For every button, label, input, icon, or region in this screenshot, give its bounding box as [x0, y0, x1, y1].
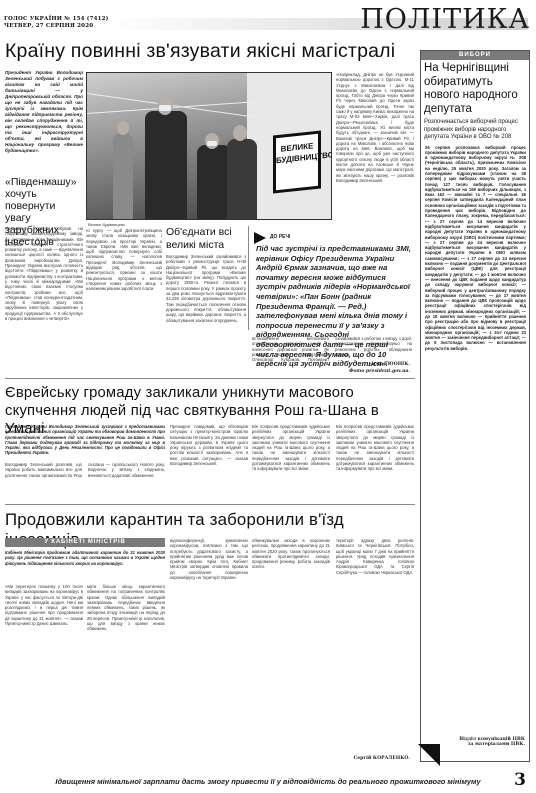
- article2-lead: Президент України Володимир Зеленський з…: [5, 424, 165, 458]
- article1-col3: Володимир Зеленський ознайомився з робот…: [166, 254, 246, 368]
- sidebar-credit: Відділ комунікацій ЦВК за матеріалами ЦВ…: [455, 737, 525, 747]
- sidebar-lead: Розпочинається виборчий процес проміжних…: [421, 116, 529, 142]
- masthead: ГОЛОС УКРАЇНИ № 154 (7412) ЧЕТВЕР, 27 СЕ…: [4, 6, 532, 38]
- quote-label: ДО РЕЧІ: [270, 234, 290, 240]
- elections-sidebar: ВИБОРИ На Чернігівщині обиратимуть новог…: [420, 50, 530, 762]
- article3-col2: мати більше місць карантинного обмеження…: [87, 584, 165, 764]
- quote-text: Під час зустрічі із представниками ЗМІ, …: [256, 244, 412, 330]
- article1-subhead2: Об'єднати всі великі міста: [166, 226, 246, 251]
- article1-col4: «Наприклад, Дніпро не був з'єднаний норм…: [336, 72, 414, 222]
- issue-date: ЧЕТВЕР, 27 СЕРПНЯ 2020: [4, 23, 109, 30]
- sidebar-section-label: ВИБОРИ: [421, 51, 529, 60]
- quote-rule: [248, 226, 249, 330]
- newspaper-page: ГОЛОС УКРАЇНИ № 154 (7412) ЧЕТВЕР, 27 СЕ…: [0, 0, 536, 793]
- quote-arrow-icon: [254, 232, 266, 244]
- article2-col3: Він попросив представників іудейських ре…: [252, 424, 330, 498]
- article1-byline: Ігор ТЮОНІК.: [330, 362, 410, 367]
- photo-sign: ВЕЛИКЕ БУДІВНИЦТВО: [273, 130, 321, 193]
- article1-col2: го курсу — щоб Дніпропетровщина знову ст…: [86, 228, 162, 368]
- cabinet-section-label: У КАБІНЕТІ МІНІСТРІВ: [5, 538, 165, 547]
- article2-col3b: Він попросив представників іудейських ре…: [336, 424, 414, 498]
- issue-number: ГОЛОС УКРАЇНИ № 154 (7412): [4, 16, 109, 23]
- divider: [5, 504, 415, 505]
- article3-col3: відеоконференції, зумовлених коронавірус…: [170, 538, 248, 764]
- page-fold-corner: [418, 744, 440, 766]
- section-rubric: ПОЛІТИКА: [360, 4, 530, 35]
- article1-col1: Президент України побував на Південному …: [5, 226, 83, 366]
- masthead-meta: ГОЛОС УКРАЇНИ № 154 (7412) ЧЕТВЕР, 27 СЕ…: [4, 16, 109, 30]
- article3-lead: Кабінет Міністрів продовжив адаптивний к…: [5, 550, 165, 578]
- article1-headline: Країну повинні зв'язувати якісні магістр…: [5, 40, 415, 62]
- article1-photo: ВЕЛИКЕ БУДІВНИЦТВО: [86, 72, 332, 220]
- article1-photo-credit: Фото president.gov.ua.: [330, 369, 410, 374]
- page-number: 3: [514, 770, 526, 790]
- sidebar-body: 26 серпня розпочався виборчий процес про…: [421, 142, 529, 716]
- article3-col1: «Ми перетнули позначку у 100 тисяч випад…: [5, 584, 83, 764]
- footer-teaser: Ідвищення мінімальної зарплати дасть змо…: [0, 777, 536, 786]
- article1-lead: Президент України Володимир Зеленський п…: [5, 70, 83, 172]
- article2-col2: Президент повідомив, що обговорив ситуац…: [170, 424, 248, 498]
- article3-col5: території одразу двох регіонів: Київсько…: [336, 538, 414, 750]
- article3-col4: обмежувальні заходи в охоронних регіонах…: [252, 538, 330, 764]
- divider: [5, 378, 415, 379]
- article3-byline: Сергій КОРАЛЕНКО.: [330, 756, 410, 761]
- sidebar-title: На Чернігівщині обиратимуть нового народ…: [421, 60, 529, 116]
- article2-col1: Володимир Зеленський розповів, що Україн…: [5, 462, 165, 498]
